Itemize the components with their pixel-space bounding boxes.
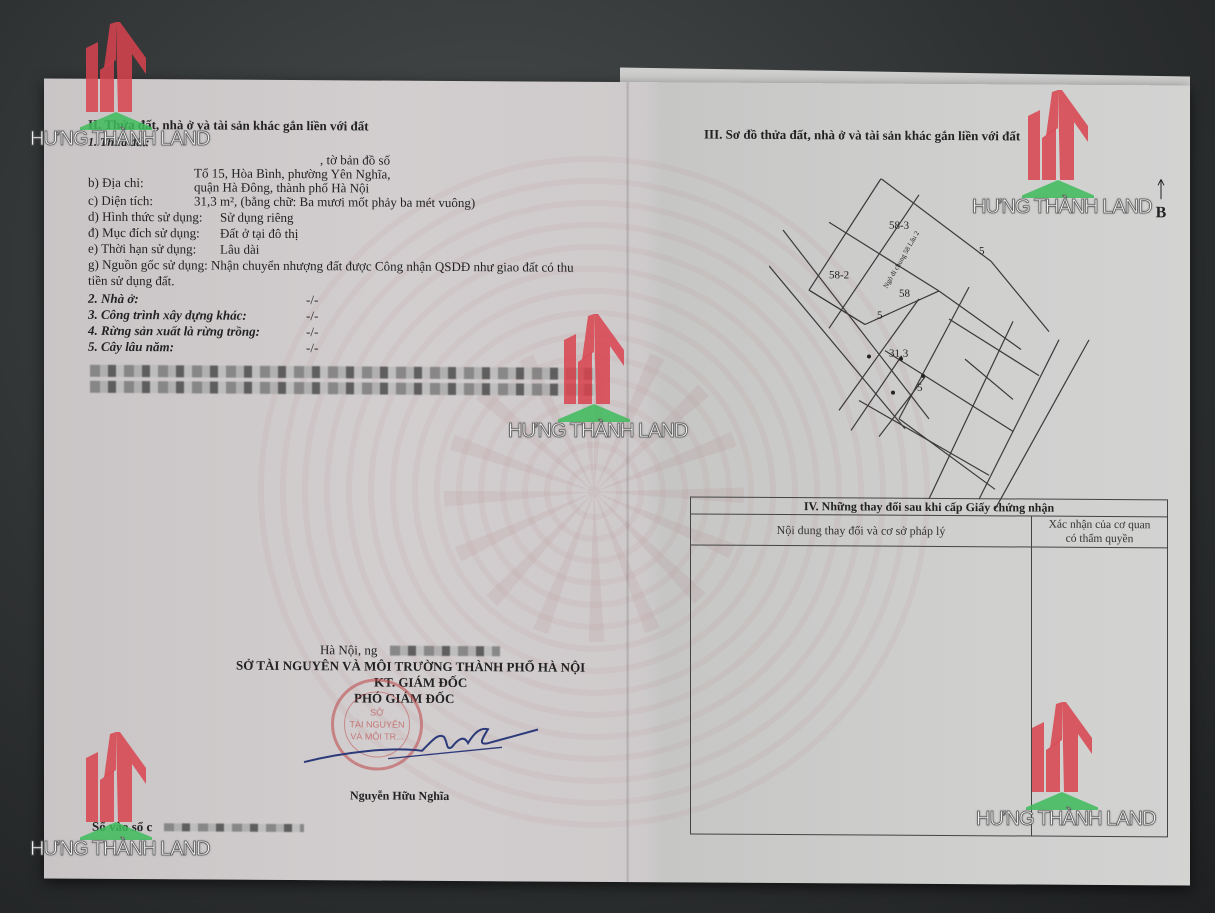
watermark-label: HƯNG THÀNH LAND <box>508 420 668 443</box>
north-label: B <box>1154 204 1168 222</box>
signature-icon <box>302 710 542 771</box>
purpose-label: đ) Mục đích sử dụng: <box>88 225 200 242</box>
watermark-top-right: HƯNG THÀNH LAND <box>972 88 1132 238</box>
form-value: Sử dụng riêng <box>220 210 294 226</box>
redacted-date <box>390 646 500 657</box>
map-label-5b: 5 <box>877 310 883 322</box>
map-label-5a: 5 <box>979 245 985 257</box>
watermark-center: HƯNG THÀNH LAND <box>508 312 668 462</box>
watermark-top-left: HƯNG THÀNH LAND <box>30 20 190 170</box>
term-value: Lâu dài <box>220 242 259 258</box>
item-house-value: -/- <box>306 292 318 308</box>
watermark-label: HƯNG THÀNH LAND <box>976 808 1136 831</box>
item-construction-value: -/- <box>306 308 318 324</box>
watermark-label: HƯNG THÀNH LAND <box>30 838 190 861</box>
purpose-value: Đất ở tại đô thị <box>220 226 298 242</box>
item-forest-value: -/- <box>306 324 318 340</box>
watermark-bottom-right: HƯNG THÀNH LAND <box>976 700 1136 850</box>
changes-col-content: Nội dung thay đổi và cơ sở pháp lý <box>691 514 1032 546</box>
north-arrow-icon <box>1154 179 1168 199</box>
item-house-label: 2. Nhà ở: <box>88 291 139 307</box>
signer-name: Nguyễn Hữu Nghĩa <box>350 788 449 804</box>
changes-col-confirmation-line2: có thẩm quyền <box>1032 532 1167 547</box>
area-label: c) Diện tích: <box>88 193 153 209</box>
place-date: Hà Nội, ng <box>320 642 377 658</box>
term-label: e) Thời hạn sử dụng: <box>88 241 196 258</box>
item-perennial-value: -/- <box>306 340 318 356</box>
address-label: b) Địa chỉ: <box>88 175 144 191</box>
watermark-label: HƯNG THÀNH LAND <box>30 128 190 151</box>
watermark-bottom-left: HƯNG THÀNH LAND <box>30 730 190 880</box>
map-label-58-3: 58-3 <box>889 220 910 232</box>
issuer-name: SỞ TÀI NGUYÊN VÀ MÔI TRƯỜNG THÀNH PHỐ HÀ… <box>236 658 585 676</box>
item-perennial-label: 5. Cây lâu năm: <box>88 339 174 356</box>
ht-building-logo-icon <box>1026 700 1098 810</box>
ht-building-logo-icon <box>80 730 152 840</box>
map-label-subject-area: 31,3 <box>889 348 909 360</box>
north-arrow: B <box>1154 179 1168 222</box>
map-label-58: 58 <box>899 288 910 300</box>
ht-building-logo-icon <box>80 20 152 130</box>
watermark-label: HƯNG THÀNH LAND <box>972 196 1132 219</box>
origin-line2: tiền sử dụng đất. <box>88 273 174 290</box>
area-value: 31,3 m², (bằng chữ: Ba mươi mốt phảy ba … <box>194 193 475 211</box>
item-construction-label: 3. Công trình xây dựng khác: <box>88 307 247 324</box>
item-forest-label: 4. Rừng sản xuất là rừng trồng: <box>88 323 260 340</box>
map-label-58-2: 58-2 <box>829 269 849 281</box>
map-label-5c: 5 <box>917 382 923 394</box>
changes-col-confirmation-line1: Xác nhận của cơ quan <box>1032 518 1167 533</box>
ht-building-logo-icon <box>558 312 630 422</box>
page-fold <box>626 82 630 882</box>
ht-building-logo-icon <box>1022 88 1094 198</box>
form-label: d) Hình thức sử dụng: <box>88 209 202 226</box>
changes-col-confirmation: Xác nhận của cơ quan có thẩm quyền <box>1032 517 1167 548</box>
